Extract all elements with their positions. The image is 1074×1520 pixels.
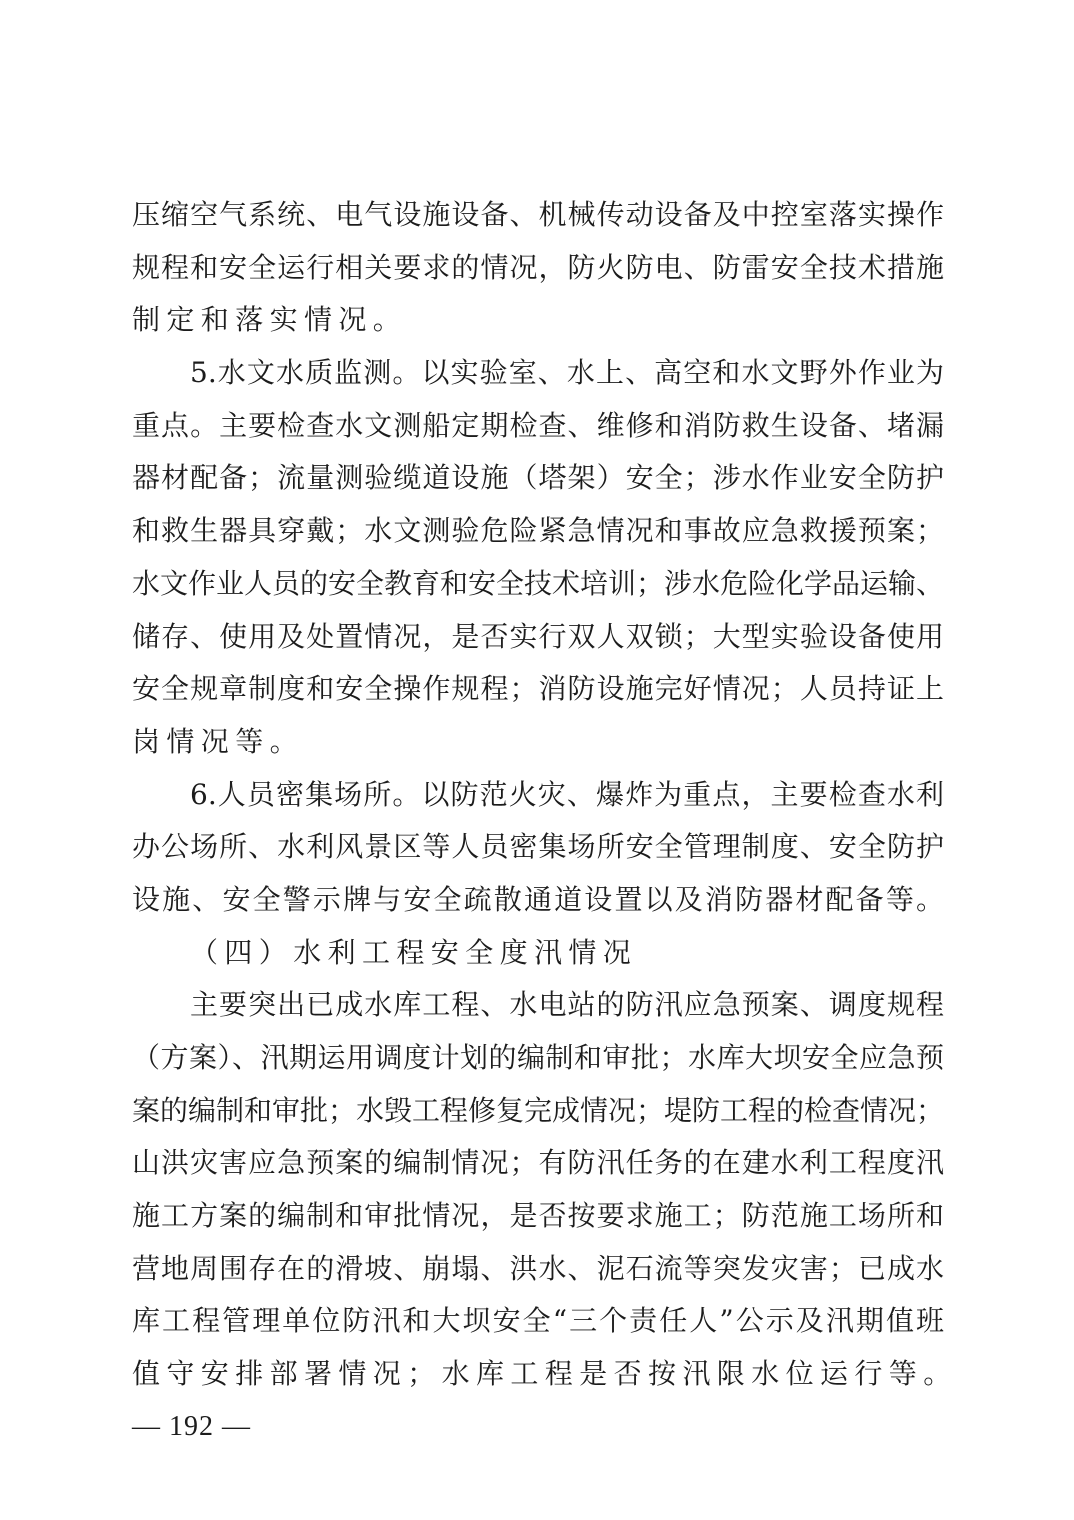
paragraph-line: 器材配备；流量测验缆道设施（塔架）安全；涉水作业安全防护: [132, 452, 944, 505]
subsection-heading: （四）水利工程安全度汛情况: [132, 927, 944, 980]
body-text: 压缩空气系统、电气设施设备、机械传动设备及中控室落实操作 规程和安全运行相关要求…: [132, 189, 944, 1401]
document-page: 压缩空气系统、电气设施设备、机械传动设备及中控室落实操作 规程和安全运行相关要求…: [0, 0, 1074, 1520]
paragraph-line: 压缩空气系统、电气设施设备、机械传动设备及中控室落实操作: [132, 189, 944, 242]
page-number: — 192 —: [132, 1411, 251, 1443]
paragraph-line: 办公场所、水利风景区等人员密集场所安全管理制度、安全防护: [132, 821, 944, 874]
paragraph-line: 值守安排部署情况；水库工程是否按汛限水位运行等。: [132, 1348, 944, 1401]
paragraph-line: 施工方案的编制和审批情况，是否按要求施工；防范施工场所和: [132, 1190, 944, 1243]
paragraph-line: 重点。主要检查水文测船定期检查、维修和消防救生设备、堵漏: [132, 400, 944, 453]
paragraph-line: 岗情况等。: [132, 716, 944, 769]
paragraph-line: 规程和安全运行相关要求的情况，防火防电、防雷安全技术措施: [132, 242, 944, 295]
paragraph-line: 山洪灾害应急预案的编制情况；有防汛任务的在建水利工程度汛: [132, 1137, 944, 1190]
paragraph-line: 和救生器具穿戴；水文测验危险紧急情况和事故应急救援预案；: [132, 505, 944, 558]
paragraph-line: 营地周围存在的滑坡、崩塌、洪水、泥石流等突发灾害；已成水: [132, 1243, 944, 1296]
paragraph-line: 水文作业人员的安全教育和安全技术培训；涉水危险化学品运输、: [132, 558, 944, 611]
paragraph-line: 储存、使用及处置情况，是否实行双人双锁；大型实验设备使用: [132, 611, 944, 664]
paragraph-line: 案的编制和审批；水毁工程修复完成情况；堤防工程的检查情况；: [132, 1085, 944, 1138]
section-6-heading-line: 6.人员密集场所。以防范火灾、爆炸为重点，主要检查水利: [132, 769, 944, 822]
paragraph-line: 安全规章制度和安全操作规程；消防设施完好情况；人员持证上: [132, 663, 944, 716]
paragraph-line: 库工程管理单位防汛和大坝安全“三个责任人”公示及汛期值班: [132, 1295, 944, 1348]
paragraph-line: 制定和落实情况。: [132, 294, 944, 347]
paragraph-line: （方案）、汛期运用调度计划的编制和审批；水库大坝安全应急预: [132, 1032, 944, 1085]
paragraph-line: 设施、安全警示牌与安全疏散通道设置以及消防器材配备等。: [132, 874, 944, 927]
section-5-heading-line: 5.水文水质监测。以实验室、水上、高空和水文野外作业为: [132, 347, 944, 400]
paragraph-line: 主要突出已成水库工程、水电站的防汛应急预案、调度规程: [132, 979, 944, 1032]
